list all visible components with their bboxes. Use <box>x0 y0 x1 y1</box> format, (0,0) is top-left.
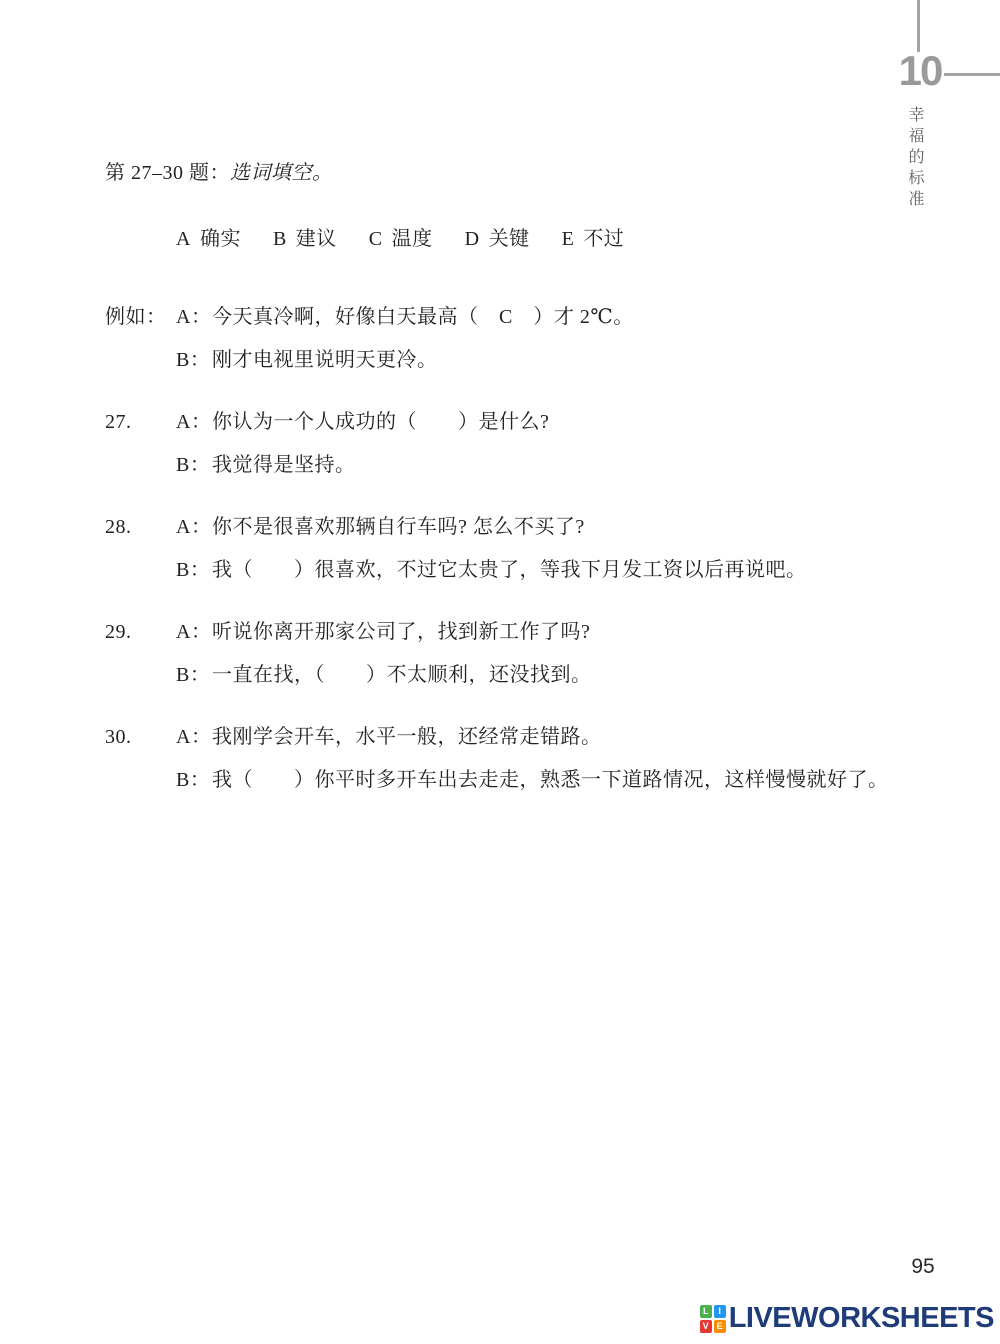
speaker-a-label: A： <box>176 514 212 540</box>
dialog-text-b: 我（ ）你平时多开车出去走走，熟悉一下道路情况，这样慢慢就好了。 <box>212 767 889 793</box>
logo-square-l: L <box>700 1305 712 1318</box>
dialog-text-a: 今天真冷啊，好像白天最高（ C ）才 2℃。 <box>212 304 634 330</box>
option-word: 建议 <box>296 228 337 250</box>
question-number: 27. <box>105 409 176 435</box>
option-word: 关键 <box>489 228 530 250</box>
dialog-text-b: 我觉得是坚持。 <box>212 452 356 478</box>
page-number: 95 <box>903 1255 943 1279</box>
dialog-text-a: 你不是很喜欢那辆自行车吗? 怎么不买了? <box>212 514 585 540</box>
worksheet-page: 10 幸福的标准 第 27–30 题：选词填空。 A确实 B建议 C温度 D关键… <box>0 0 1000 1344</box>
chapter-rule-horizontal <box>944 73 1000 76</box>
option-word: 不过 <box>583 228 624 250</box>
example-line-a: 例如： A： 今天真冷啊，好像白天最高（ C ）才 2℃。 <box>105 304 905 330</box>
example-line-b: B： 刚才电视里说明天更冷。 <box>105 347 905 373</box>
question-line-b: B： 我觉得是坚持。 <box>105 452 905 478</box>
speaker-a-label: A： <box>176 304 212 330</box>
chapter-vertical-title: 幸福的标准 <box>903 106 925 211</box>
liveworksheets-logo-text: LIVEWORKSHEETS <box>729 1304 994 1333</box>
option-item-c: C温度 <box>369 226 433 252</box>
logo-square-e: E <box>714 1320 726 1333</box>
speaker-a-label: A： <box>176 619 212 645</box>
option-word: 温度 <box>392 228 433 250</box>
dialog-text-a: 你认为一个人成功的（ ）是什么? <box>212 409 549 435</box>
question-block-28: 28. A： 你不是很喜欢那辆自行车吗? 怎么不买了? B： 我（ ）很喜欢，不… <box>105 514 905 583</box>
question-line-a: 27. A： 你认为一个人成功的（ ）是什么? <box>105 409 905 435</box>
chapter-number: 10 <box>893 50 947 92</box>
dialog-text-a: 我刚学会开车，水平一般，还经常走错路。 <box>212 724 602 750</box>
question-number: 29. <box>105 619 176 645</box>
exercise-content: 第 27–30 题：选词填空。 A确实 B建议 C温度 D关键 E不过 例如： … <box>105 160 905 793</box>
example-block: 例如： A： 今天真冷啊，好像白天最高（ C ）才 2℃。 B： 刚才电视里说明… <box>105 304 905 373</box>
question-line-b: B： 我（ ）很喜欢，不过它太贵了，等我下月发工资以后再说吧。 <box>105 557 905 583</box>
question-block-27: 27. A： 你认为一个人成功的（ ）是什么? B： 我觉得是坚持。 <box>105 409 905 478</box>
option-item-e: E不过 <box>562 226 625 252</box>
exercise-title-prefix: 第 27–30 题： <box>105 162 230 184</box>
exercise-title: 第 27–30 题：选词填空。 <box>105 160 905 186</box>
option-item-b: B建议 <box>273 226 337 252</box>
option-letter: E <box>562 228 575 250</box>
speaker-b-label: B： <box>176 662 212 688</box>
question-line-a: 30. A： 我刚学会开车，水平一般，还经常走错路。 <box>105 724 905 750</box>
question-number: 30. <box>105 724 176 750</box>
question-number: 28. <box>105 514 176 540</box>
question-block-30: 30. A： 我刚学会开车，水平一般，还经常走错路。 B： 我（ ）你平时多开车… <box>105 724 905 793</box>
exercise-title-task: 选词填空。 <box>230 162 333 184</box>
question-line-b: B： 我（ ）你平时多开车出去走走，熟悉一下道路情况，这样慢慢就好了。 <box>105 767 905 793</box>
question-line-b: B： 一直在找，（ ）不太顺利，还没找到。 <box>105 662 905 688</box>
dialog-text-b: 我（ ）很喜欢，不过它太贵了，等我下月发工资以后再说吧。 <box>212 557 807 583</box>
option-letter: C <box>369 228 383 250</box>
option-item-d: D关键 <box>465 226 530 252</box>
option-letter: B <box>273 228 287 250</box>
dialog-text-b: 一直在找，（ ）不太顺利，还没找到。 <box>212 662 592 688</box>
option-letter: A <box>176 228 191 250</box>
question-line-a: 28. A： 你不是很喜欢那辆自行车吗? 怎么不买了? <box>105 514 905 540</box>
question-line-a: 29. A： 听说你离开那家公司了，找到新工作了吗? <box>105 619 905 645</box>
dialog-text-b: 刚才电视里说明天更冷。 <box>212 347 438 373</box>
logo-square-v: V <box>700 1320 712 1333</box>
example-label: 例如： <box>105 304 176 330</box>
option-word: 确实 <box>200 228 241 250</box>
speaker-a-label: A： <box>176 409 212 435</box>
liveworksheets-logo[interactable]: L I V E LIVEWORKSHEETS <box>700 1304 994 1333</box>
speaker-b-label: B： <box>176 767 212 793</box>
speaker-b-label: B： <box>176 557 212 583</box>
speaker-a-label: A： <box>176 724 212 750</box>
dialog-text-a: 听说你离开那家公司了，找到新工作了吗? <box>212 619 590 645</box>
question-block-29: 29. A： 听说你离开那家公司了，找到新工作了吗? B： 一直在找，（ ）不太… <box>105 619 905 688</box>
speaker-b-label: B： <box>176 452 212 478</box>
option-bank: A确实 B建议 C温度 D关键 E不过 <box>176 226 905 252</box>
chapter-rule-vertical <box>917 0 920 52</box>
liveworksheets-logo-icon: L I V E <box>700 1305 726 1333</box>
option-letter: D <box>465 228 480 250</box>
speaker-b-label: B： <box>176 347 212 373</box>
option-item-a: A确实 <box>176 226 241 252</box>
logo-square-i: I <box>714 1305 726 1318</box>
